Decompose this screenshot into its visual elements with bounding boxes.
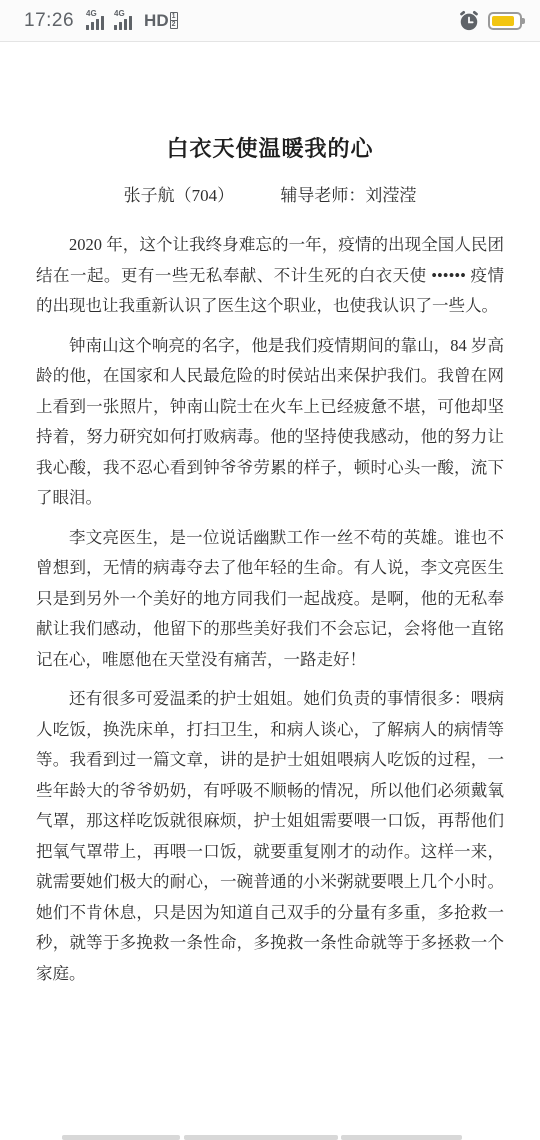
essay-body: 2020 年，这个让我终身难忘的一年，疫情的出现全国人民团结在一起。更有一些无私… bbox=[36, 230, 504, 989]
essay-title: 白衣天使温暖我的心 bbox=[36, 132, 504, 163]
battery-icon bbox=[488, 12, 522, 30]
hd-label: HD bbox=[144, 11, 169, 31]
essay-paragraph: 李文亮医生，是一位说话幽默工作一丝不苟的英雄。谁也不曾想到，无情的病毒夺去了他年… bbox=[36, 523, 504, 676]
alarm-clock-icon bbox=[458, 10, 480, 32]
document-page: 白衣天使温暖我的心 张子航（704） 辅导老师：刘滢滢 2020 年，这个让我终… bbox=[0, 132, 540, 989]
status-bar: 17:26 4G 4G HD 1 2 bbox=[0, 0, 540, 42]
hd-dual-sim-icon: 1 2 bbox=[170, 12, 178, 29]
essay-paragraph: 钟南山这个响亮的名字，他是我们疫情期间的靠山，84 岁高龄的他，在国家和人民最危… bbox=[36, 331, 504, 514]
essay-paragraph: 2020 年，这个让我终身难忘的一年，疫情的出现全国人民团结在一起。更有一些无私… bbox=[36, 230, 504, 322]
sim1-signal-icon: 4G bbox=[86, 10, 108, 32]
teacher-name: 辅导老师：刘滢滢 bbox=[280, 186, 416, 205]
footer-bar bbox=[62, 1135, 180, 1140]
footer-placeholder-bars bbox=[0, 1134, 540, 1140]
battery-fill bbox=[492, 16, 514, 26]
sim1-signal-bars-icon bbox=[86, 16, 104, 30]
sim2-signal-bars-icon bbox=[114, 16, 132, 30]
hd-voice-indicator: HD 1 2 bbox=[144, 11, 177, 31]
essay-byline: 张子航（704） 辅导老师：刘滢滢 bbox=[36, 181, 504, 206]
author-name: 张子航（704） bbox=[124, 186, 235, 205]
hd-sim2-badge: 2 bbox=[170, 20, 178, 29]
essay-paragraph: 还有很多可爱温柔的护士姐姐。她们负责的事情很多：喂病人吃饭，换洗床单，打扫卫生，… bbox=[36, 684, 504, 989]
sim2-signal-icon: 4G bbox=[114, 10, 136, 32]
footer-bar bbox=[184, 1135, 338, 1140]
clock-time: 17:26 bbox=[24, 10, 74, 32]
footer-bar bbox=[341, 1135, 462, 1140]
